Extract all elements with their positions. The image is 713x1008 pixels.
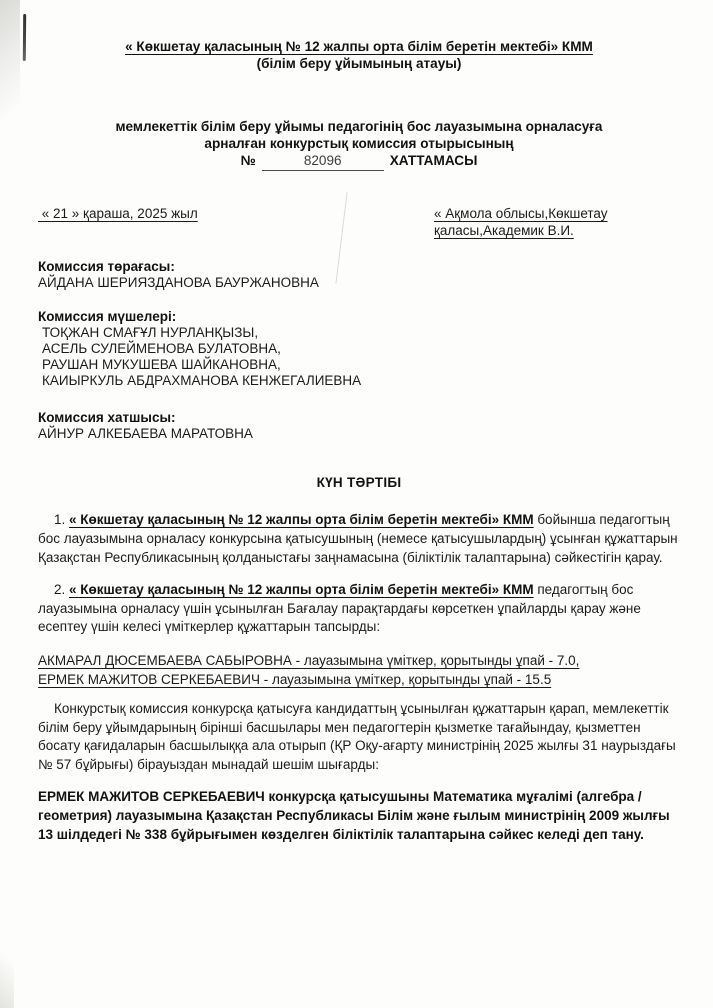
agenda-item-2: 2. « Көкшетау қаласының № 12 жалпы орта …: [38, 581, 680, 637]
candidate-row: АКМАРАЛ ДЮСЕМБАЕВА САБЫРОВНА - лауазымын…: [38, 651, 680, 670]
title-line1: « Көкшетау қаласының № 12 жалпы орта біл…: [125, 39, 593, 54]
agenda-heading: КҮН ТӘРТІБІ: [38, 475, 680, 491]
item2-number: 2.: [54, 582, 69, 597]
item2-school-name: « Көкшетау қаласының № 12 жалпы орта біл…: [69, 582, 534, 597]
members-label: Комиссия мүшелері:: [38, 309, 680, 325]
member-name: РАУШАН МУКУШЕВА ШАЙКАНОВНА,: [38, 357, 680, 373]
item1-school-name: « Көкшетау қаласының № 12 жалпы орта біл…: [69, 512, 534, 527]
commission-secretary-block: Комиссия хатшысы: АЙНУР АЛКЕБАЕВА МАРАТО…: [38, 410, 680, 442]
document-content: « Көкшетау қаласының № 12 жалпы орта біл…: [0, 38, 713, 845]
place-line1: « Ақмола облысы,Көкшетау: [434, 206, 608, 221]
member-name: АСЕЛЬ СУЛЕЙМЕНОВА БУЛАТОВНА,: [38, 341, 680, 357]
scan-edge-artifact-bottom: [0, 948, 14, 1008]
pen-mark-artifact: [23, 14, 26, 61]
scan-edge-artifact-top: [0, 0, 20, 130]
document-subtitle: мемлекеттік білім беру ұйымы педагогінің…: [38, 118, 680, 171]
place-line2: қаласы,Академик В.И.: [434, 223, 574, 238]
chair-label: Комиссия төрағасы:: [38, 259, 680, 275]
protocol-word: ХАТТАМАСЫ: [390, 153, 478, 168]
protocol-number-line: №82096ХАТТАМАСЫ: [38, 152, 680, 171]
chair-name: АЙДАНА ШЕРИЯЗДАНОВА БАУРЖАНОВНА: [38, 275, 680, 291]
secretary-name: АЙНУР АЛКЕБАЕВА МАРАТОВНА: [38, 426, 680, 442]
candidate-score: - лауазымына үміткер, қорытынды ұпай - 7…: [292, 653, 580, 668]
commission-chair-block: Комиссия төрағасы: АЙДАНА ШЕРИЯЗДАНОВА Б…: [38, 259, 680, 291]
item1-number: 1.: [54, 512, 69, 527]
secretary-label: Комиссия хатшысы:: [38, 410, 680, 426]
member-name: ТОҚЖАН СМАҒҰЛ НУРЛАНҚЫЗЫ,: [38, 325, 680, 341]
agenda-item-1: 1. « Көкшетау қаласының № 12 жалпы орта …: [38, 511, 680, 567]
protocol-date: « 21 » қараша, 2025 жыл: [38, 206, 198, 239]
numero-sign: №: [241, 153, 256, 168]
commission-members-block: Комиссия мүшелері: ТОҚЖАН СМАҒҰЛ НУРЛАНҚ…: [38, 309, 680, 389]
date-place-row: « 21 » қараша, 2025 жыл « Ақмола облысы,…: [38, 206, 680, 239]
candidate-row: ЕРМЕК МАЖИТОВ СЕРКЕБАЕВИЧ - лауазымына ү…: [38, 670, 680, 689]
candidate-name: АКМАРАЛ ДЮСЕМБАЕВА САБЫРОВНА: [38, 653, 292, 668]
resolution-paragraph: ЕРМЕК МАЖИТОВ СЕРКЕБАЕВИЧ конкурсқа қаты…: [38, 788, 680, 844]
protocol-place: « Ақмола облысы,Көкшетау қаласы,Академик…: [434, 206, 680, 239]
subtitle-line1: мемлекеттік білім беру ұйымы педагогінің…: [38, 118, 680, 135]
protocol-number: 82096: [262, 152, 384, 171]
member-name: КАИЫРКУЛЬ АБДРАХМАНОВА КЕНЖЕГАЛИЕВНА: [38, 373, 680, 389]
candidates-list: АКМАРАЛ ДЮСЕМБАЕВА САБЫРОВНА - лауазымын…: [38, 651, 680, 689]
resolution-candidate-name: ЕРМЕК МАЖИТОВ СЕРКЕБАЕВИЧ: [38, 789, 265, 804]
candidate-name: ЕРМЕК МАЖИТОВ СЕРКЕБАЕВИЧ: [38, 672, 260, 687]
document-title: « Көкшетау қаласының № 12 жалпы орта біл…: [38, 38, 680, 72]
subtitle-line2: арналған конкурстық комиссия отырысының: [38, 135, 680, 152]
document-page: « Көкшетау қаласының № 12 жалпы орта біл…: [0, 0, 713, 1008]
title-line2: (білім беру ұйымының атауы): [257, 56, 462, 71]
decision-paragraph: Конкурстық комиссия конкурсқа қатысуға к…: [38, 700, 680, 775]
candidate-score: - лауазымына үміткер, қорытынды ұпай - 1…: [260, 672, 551, 687]
